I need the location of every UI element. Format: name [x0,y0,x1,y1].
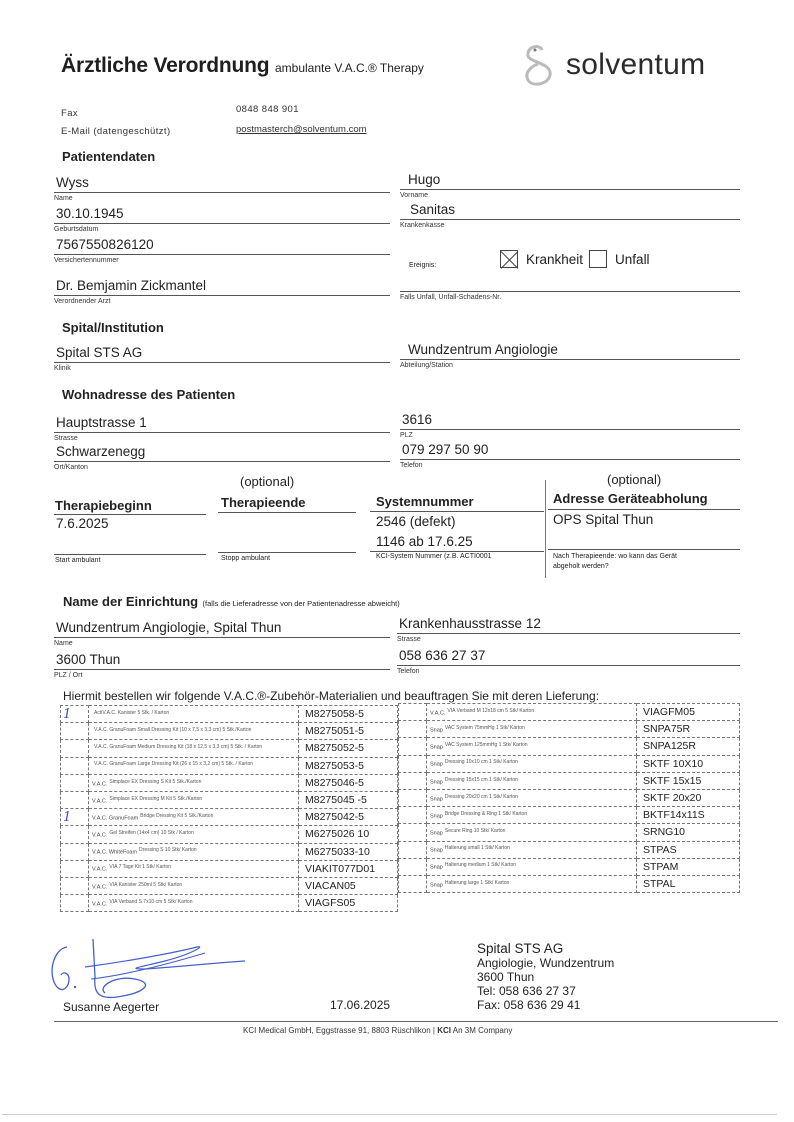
plz-label: PLZ [400,432,740,439]
order-row: V.A.C.VIA Kanister 250ml 5 Stk/ KartonVI… [61,877,398,894]
geburtsdatum-label: Geburtsdatum [54,226,390,233]
fax-value: 0848 848 901 [236,104,299,115]
systemnummer-value-1[interactable]: 2546 (defekt) [376,514,456,529]
section-einrichtung: Name der Einrichtung (falls die Lieferad… [63,593,400,611]
order-qty-field[interactable]: 1 [61,809,89,826]
therapieende-heading: Therapieende [221,495,306,510]
order-item-code: SNPA75R [637,721,740,738]
order-qty-field[interactable] [61,757,89,774]
solventum-logo: solventum [518,40,705,90]
order-item-description: SnapVAC System 125mmHg 1 Stk/ Karton [427,738,637,755]
signatory-name: Susanne Aegerter [63,1000,159,1014]
order-item-description: V.A.C. GranuFoamBridge Dressing Kit 5 St… [89,809,299,826]
krankenkasse-value: Sanitas [400,201,740,219]
einrichtung-telefon-value: 058 636 27 37 [397,647,740,665]
footer: KCI Medical GmbH, Eggstrasse 91, 8803 Rü… [243,1026,512,1035]
versichertennummer-field[interactable]: 7567550826120 Versichertennummer [54,236,390,264]
arzt-value: Dr. Bemjamin Zickmantel [54,277,390,295]
abteilung-field[interactable]: Wundzentrum Angiologie Abteilung/Station [400,341,740,369]
order-item-code: M8275053-5 [299,757,398,774]
klinik-value: Spital STS AG [54,344,390,362]
order-item-description: V.A.C.VIA 7 Tage Kit 1 Stk/ Karton [89,860,299,877]
order-item-code: M8275052-5 [299,740,398,757]
einrichtung-name-value: Wundzentrum Angiologie, Spital Thun [54,619,390,637]
order-item-description: SnapHalterung large 1 Stk/ Karton [427,875,637,892]
krankenkasse-label: Krankenkasse [400,222,740,229]
order-item-code: VIAGFS05 [299,895,398,912]
order-item-code: VIAGFM05 [637,704,740,721]
order-qty-field[interactable] [399,738,427,755]
order-item-description: SnapDressing 20x20 cm 1 Stk/ Karton [427,789,637,806]
order-item-code: SKTF 10X10 [637,755,740,772]
order-qty-field[interactable] [61,843,89,860]
order-item-description: V.A.C.VIA Verband S 7x10 cm 5 Stk/ Karto… [89,895,299,912]
order-row: 1V.A.C. GranuFoamBridge Dressing Kit 5 S… [61,809,398,826]
order-row: V.A.C.Gel Streifen (14x4 cm) 10 Stk / Ka… [61,826,398,843]
order-row: SnapVAC System 75mmHg 1 Stk/ KartonSNPA7… [399,721,740,738]
order-item-code: M8275051-5 [299,723,398,740]
order-row: SnapHalterung large 1 Stk/ KartonSTPAL [399,875,740,892]
email-label: E-Mail (datengeschützt) [61,126,171,137]
order-item-description: SnapDressing 15x15 cm 1 Stk/ Karton [427,772,637,789]
order-item-description: SnapBridge Dressing & Ring 1 Stk/ Karton [427,807,637,824]
geburtsdatum-field[interactable]: 30.10.1945 Geburtsdatum [54,205,390,233]
order-row: V.A.C.VIA Verband S 7x10 cm 5 Stk/ Karto… [61,895,398,912]
versichertennummer-value: 7567550826120 [54,236,390,254]
einrichtung-telefon-label: Telefon [397,668,740,675]
plz-value: 3616 [400,411,740,429]
systemnummer-label: KCI-System Nummer (z.B. ACTI0001 [376,553,492,560]
order-item-code: M8275058-5 [299,706,398,723]
order-row: V.A.C. GranuFoam Large Dressing Kit (26 … [61,757,398,774]
krankenkasse-field[interactable]: Sanitas Krankenkasse [400,201,740,229]
telefon-field[interactable]: 079 297 50 90 Telefon [400,441,740,469]
unfall-label: Unfall [615,252,650,267]
email-link[interactable]: postmasterch@solventum.com [236,124,367,135]
order-item-description: ActiV.A.C. Kanister 5 Stk. / Karton [89,706,299,723]
order-item-description: V.A.C.VIA Verband M 12x18 cm 5 Stk/ Kart… [427,704,637,721]
ort-label: Ort/Kanton [54,464,390,471]
order-row: SnapVAC System 125mmHg 1 Stk/ KartonSNPA… [399,738,740,755]
patient-vorname-field[interactable]: Hugo Vorname [400,171,740,199]
patient-vorname-value: Hugo [400,171,740,189]
order-qty-field[interactable] [61,826,89,843]
telefon-value: 079 297 50 90 [400,441,740,459]
order-row: V.A.C.Simplace EX Dressing S Kit 5 Stk./… [61,774,398,791]
strasse-value: Hauptstrasse 1 [54,414,390,432]
einrichtung-plz-ort-label: PLZ / Ort [54,672,390,679]
order-item-description: SnapHalterung medium 1 Stk/ Karton [427,858,637,875]
hospital-stamp: Spital STS AG Angiologie, Wundzentrum 36… [477,942,614,1012]
footer-divider [54,1021,778,1022]
krankheit-label: Krankheit [526,252,583,267]
unfall-checkbox[interactable] [589,250,607,268]
einrichtung-plz-ort-value: 3600 Thun [54,651,390,669]
ort-field[interactable]: Schwarzenegg Ort/Kanton [54,443,390,471]
order-row: SnapHalterung small 1 Stk/ KartonSTPAS [399,841,740,858]
section-patientendaten: Patientendaten [62,149,155,164]
arzt-label: Verordnender Arzt [54,298,390,305]
unfall-nr-label: Falls Unfall, Unfall-Schadens-Nr. [400,294,740,301]
order-qty-field[interactable] [399,841,427,858]
order-qty-field[interactable] [61,877,89,894]
order-qty-field[interactable] [61,723,89,740]
order-item-description: V.A.C. WhiteFoamDressing S 10 Stk/ Karto… [89,843,299,860]
order-item-code: SRNG10 [637,824,740,841]
order-item-description: V.A.C. GranuFoam Large Dressing Kit (26 … [89,757,299,774]
order-row: V.A.C. GranuFoam Medium Dressing Kit (18… [61,740,398,757]
abholung-optional: (optional) [607,472,661,487]
order-row: V.A.C.VIA 7 Tage Kit 1 Stk/ KartonVIAKIT… [61,860,398,877]
einrichtung-strasse-field[interactable]: Krankenhausstrasse 12 Strasse [397,615,740,643]
order-item-code: M8275045 -5 [299,791,398,808]
order-item-description: V.A.C. GranuFoam Small Dressing Kit (10 … [89,723,299,740]
systemnummer-heading: Systemnummer [376,494,474,509]
abteilung-label: Abteilung/Station [400,362,740,369]
order-qty-field[interactable] [399,875,427,892]
einrichtung-name-label: Name [54,640,390,647]
order-qty-field[interactable] [399,721,427,738]
order-item-description: V.A.C.Simplace EX Dressing S Kit 5 Stk./… [89,774,299,791]
order-table-left: 1ActiV.A.C. Kanister 5 Stk. / KartonM827… [60,705,398,912]
plz-field[interactable]: 3616 PLZ [400,411,740,439]
solventum-logo-text: solventum [566,48,705,82]
fax-label: Fax [61,108,78,119]
einrichtung-telefon-field[interactable]: 058 636 27 37 Telefon [397,647,740,675]
order-item-code: SNPA125R [637,738,740,755]
order-item-description: SnapVAC System 75mmHg 1 Stk/ Karton [427,721,637,738]
order-qty-field[interactable] [399,789,427,806]
scan-edge-line [2,1114,777,1115]
versichertennummer-label: Versichertennummer [54,257,390,264]
klinik-label: Klinik [54,365,390,372]
therapiebeginn-label: Start ambulant [55,557,101,564]
order-item-code: STPAS [637,841,740,858]
unfall-nr-value [400,273,740,291]
unfall-nr-field[interactable]: Falls Unfall, Unfall-Schadens-Nr. [400,273,740,301]
order-item-description: V.A.C.Gel Streifen (14x4 cm) 10 Stk / Ka… [89,826,299,843]
order-row: SnapDressing 15x15 cm 1 Stk/ KartonSKTF … [399,772,740,789]
ereignis-options: Krankheit Unfall [500,250,650,268]
section-wohnadresse: Wohnadresse des Patienten [62,387,235,402]
order-item-code: M6275026 10 [299,826,398,843]
order-item-code: VIACAN05 [299,877,398,894]
order-row: SnapDressing 20x20 cm 1 Stk/ KartonSKTF … [399,789,740,806]
order-row: V.A.C.Simplace EX Dressing M Kit 5 Stk./… [61,791,398,808]
order-row: V.A.C. GranuFoam Small Dressing Kit (10 … [61,723,398,740]
order-row: SnapDressing 10x10 cm 1 Stk/ KartonSKTF … [399,755,740,772]
einrichtung-name-field[interactable]: Wundzentrum Angiologie, Spital Thun Name [54,619,390,647]
order-item-code: M8275042-5 [299,809,398,826]
therapieende-optional: (optional) [240,474,294,489]
patient-name-label: Name [54,195,390,202]
order-item-code: STPAL [637,875,740,892]
ereignis-label: Ereignis: [409,262,436,269]
order-item-description: V.A.C.Simplace EX Dressing M Kit 5 Stk./… [89,791,299,808]
order-item-description: SnapDressing 10x10 cm 1 Stk/ Karton [427,755,637,772]
order-item-code: SKTF 15x15 [637,772,740,789]
order-intro: Hiermit bestellen wir folgende V.A.C.®-Z… [63,689,599,703]
order-qty-field[interactable] [61,791,89,808]
patient-vorname-label: Vorname [400,192,740,199]
order-qty-field[interactable] [61,740,89,757]
ort-value: Schwarzenegg [54,443,390,461]
order-qty-field[interactable] [399,858,427,875]
order-item-description: V.A.C. GranuFoam Medium Dressing Kit (18… [89,740,299,757]
form-title: Ärztliche Verordnung ambulante V.A.C.® T… [61,54,424,78]
order-row: V.A.C.VIA Verband M 12x18 cm 5 Stk/ Kart… [399,704,740,721]
geburtsdatum-value: 30.10.1945 [54,205,390,223]
order-row: SnapBridge Dressing & Ring 1 Stk/ Karton… [399,807,740,824]
order-qty-field[interactable] [399,704,427,721]
order-qty-field[interactable]: 1 [61,706,89,723]
order-qty-field[interactable] [61,860,89,877]
signature-date: 17.06.2025 [330,998,390,1012]
krankheit-checkbox[interactable] [500,250,518,268]
order-item-code: STPAM [637,858,740,875]
order-item-code: M8275046-5 [299,774,398,791]
einrichtung-strasse-label: Strasse [397,636,740,643]
order-item-code: VIAKIT077D01 [299,860,398,877]
order-qty-field[interactable] [399,807,427,824]
therapiebeginn-value[interactable]: 7.6.2025 [56,516,109,531]
telefon-label: Telefon [400,462,740,469]
patient-name-value: Wyss [54,174,390,192]
order-qty-field[interactable] [61,895,89,912]
strasse-field[interactable]: Hauptstrasse 1 Strasse [54,414,390,442]
order-item-code: M6275033-10 [299,843,398,860]
therapiebeginn-heading: Therapiebeginn [55,498,152,513]
patient-name-field[interactable]: Wyss Name [54,174,390,202]
order-qty-field[interactable] [399,824,427,841]
order-qty-field[interactable] [399,772,427,789]
order-item-description: SnapHalterung small 1 Stk/ Karton [427,841,637,858]
order-item-description: V.A.C.VIA Kanister 250ml 5 Stk/ Karton [89,877,299,894]
order-row: SnapSecure Ring 10 Stk/ KartonSRNG10 [399,824,740,841]
geraeteabholung-value[interactable]: OPS Spital Thun [553,512,653,527]
order-item-description: SnapSecure Ring 10 Stk/ Karton [427,824,637,841]
einrichtung-strasse-value: Krankenhausstrasse 12 [397,615,740,633]
arzt-field[interactable]: Dr. Bemjamin Zickmantel Verordnender Arz… [54,277,390,305]
geraeteabholung-heading: Adresse Geräteabholung [553,491,708,506]
solventum-logo-mark-icon [518,40,558,90]
order-row: SnapHalterung medium 1 Stk/ KartonSTPAM [399,858,740,875]
order-table-right: V.A.C.VIA Verband M 12x18 cm 5 Stk/ Kart… [398,703,740,893]
strasse-label: Strasse [54,435,390,442]
order-row: 1ActiV.A.C. Kanister 5 Stk. / KartonM827… [61,706,398,723]
order-row: V.A.C. WhiteFoamDressing S 10 Stk/ Karto… [61,843,398,860]
order-item-code: BKTF14x11S [637,807,740,824]
form-subtitle: ambulante V.A.C.® Therapy [275,61,424,75]
systemnummer-value-2[interactable]: 1146 ab 17.6.25 [376,534,473,549]
order-item-code: SKTF 20x20 [637,789,740,806]
therapieende-label: Stopp ambulant [221,555,270,562]
section-spital: Spital/Institution [62,320,164,335]
geraeteabholung-label: Nach Therapieende: wo kann das Gerät abg… [553,552,677,572]
order-qty-field[interactable] [61,774,89,791]
einrichtung-plz-ort-field[interactable]: 3600 Thun PLZ / Ort [54,651,390,679]
order-qty-field[interactable] [399,755,427,772]
form-title-main: Ärztliche Verordnung [61,54,269,77]
abteilung-value: Wundzentrum Angiologie [400,341,740,359]
klinik-field[interactable]: Spital STS AG Klinik [54,344,390,372]
